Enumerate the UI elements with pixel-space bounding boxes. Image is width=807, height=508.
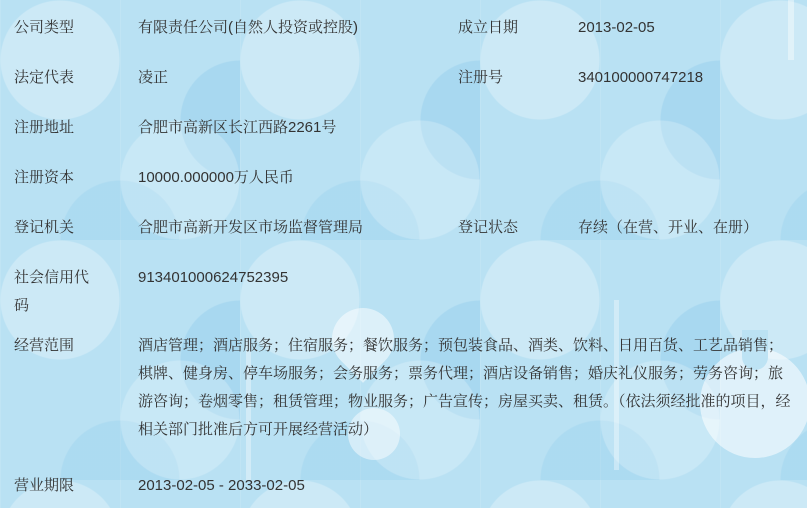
label-legal-representative: 法定代表 (14, 64, 94, 92)
value-company-type: 有限责任公司(自然人投资或控股) (138, 14, 458, 42)
row-business-term: 营业期限 2013-02-05 - 2033-02-05 (14, 472, 795, 500)
label-registration-status: 登记状态 (458, 214, 578, 242)
label-company-type: 公司类型 (14, 14, 94, 42)
label-business-scope: 经营范围 (14, 332, 94, 360)
label-registered-capital: 注册资本 (14, 164, 94, 192)
value-registration-authority: 合肥市高新开发区市场监督管理局 (138, 214, 458, 242)
value-registration-status: 存续（在营、开业、在册） (578, 214, 795, 242)
value-registered-address: 合肥市高新区长江西路2261号 (138, 114, 795, 142)
label-registration-authority: 登记机关 (14, 214, 94, 242)
label-social-credit-code: 社会信用代码 (14, 264, 94, 320)
label-registered-address: 注册地址 (14, 114, 94, 142)
label-establish-date: 成立日期 (458, 14, 578, 42)
row-social-credit-code: 社会信用代码 913401000624752395 (14, 264, 795, 320)
value-social-credit-code: 913401000624752395 (138, 264, 795, 292)
value-business-scope: 酒店管理；酒店服务；住宿服务；餐饮服务；预包装食品、酒类、饮料、日用百货、工艺品… (138, 332, 795, 444)
row-registered-capital: 注册资本 10000.000000万人民币 (14, 164, 795, 192)
value-establish-date: 2013-02-05 (578, 14, 795, 42)
value-registered-capital: 10000.000000万人民币 (138, 164, 795, 192)
value-business-term: 2013-02-05 - 2033-02-05 (138, 472, 795, 500)
row-registration-authority: 登记机关 合肥市高新开发区市场监督管理局 登记状态 存续（在营、开业、在册） (14, 214, 795, 242)
value-legal-representative: 凌正 (138, 64, 458, 92)
row-company-type: 公司类型 有限责任公司(自然人投资或控股) 成立日期 2013-02-05 (14, 14, 795, 42)
value-registration-number: 340100000747218 (578, 64, 795, 92)
label-business-term: 营业期限 (14, 472, 94, 500)
row-legal-representative: 法定代表 凌正 注册号 340100000747218 (14, 64, 795, 92)
row-business-scope: 经营范围 酒店管理；酒店服务；住宿服务；餐饮服务；预包装食品、酒类、饮料、日用百… (14, 332, 795, 444)
row-registered-address: 注册地址 合肥市高新区长江西路2261号 (14, 114, 795, 142)
label-registration-number: 注册号 (458, 64, 578, 92)
company-info-table: 公司类型 有限责任公司(自然人投资或控股) 成立日期 2013-02-05 法定… (0, 0, 807, 500)
